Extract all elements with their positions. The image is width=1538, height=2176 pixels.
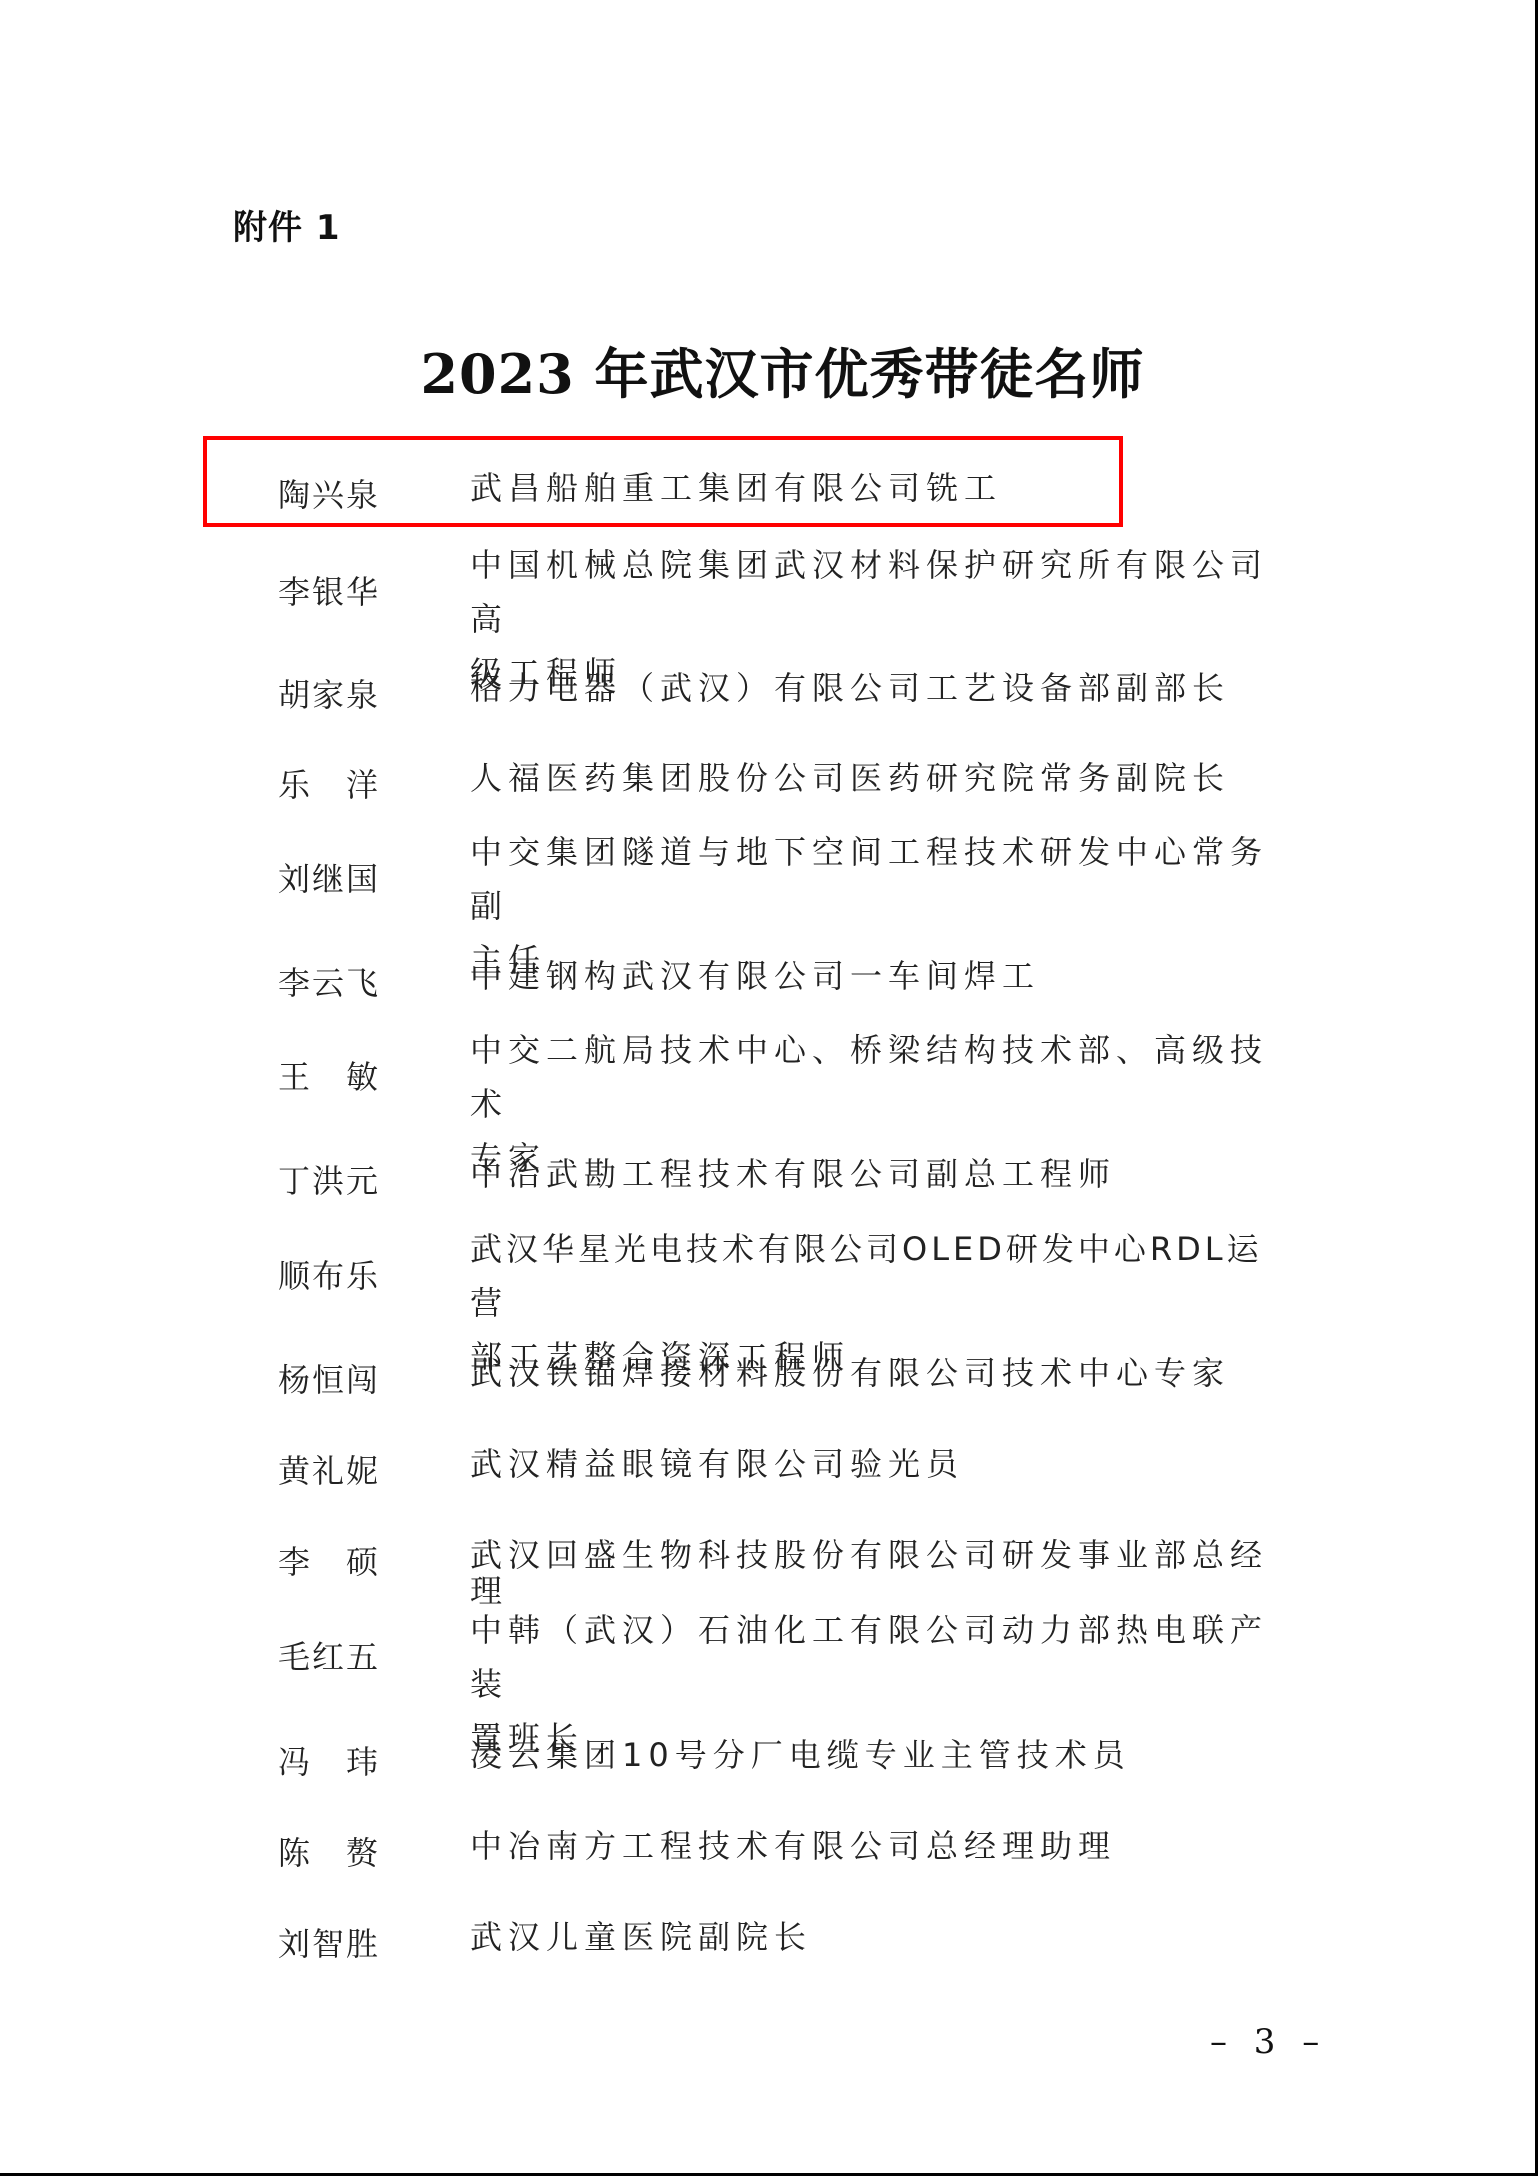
entry-name: 冯 玮 xyxy=(278,1737,388,1783)
entry-description: 中建钢构武汉有限公司一车间焊工 xyxy=(470,958,1270,994)
entry-description: 中冶武勘工程技术有限公司副总工程师 xyxy=(470,1156,1270,1192)
entry-description: 武汉回盛生物科技股份有限公司研发事业部总经理 xyxy=(470,1537,1270,1609)
entry-line: 中交集团隧道与地下空间工程技术研发中心常务副 xyxy=(470,825,1270,933)
entry-description: 武昌船舶重工集团有限公司铣工 xyxy=(470,470,1270,506)
entry-line: 武汉铁锚焊接材料股份有限公司技术中心专家 xyxy=(470,1355,1270,1391)
entry-description: 武汉铁锚焊接材料股份有限公司技术中心专家 xyxy=(470,1355,1270,1391)
entry-description: 人福医药集团股份公司医药研究院常务副院长 xyxy=(470,760,1270,796)
entry-line: 武汉华星光电技术有限公司OLED研发中心RDL运营 xyxy=(470,1222,1270,1330)
entry-line: 武汉儿童医院副院长 xyxy=(470,1919,1270,1955)
page-number: – 3 – xyxy=(1210,2022,1327,2062)
entry-description: 武汉精益眼镜有限公司验光员 xyxy=(470,1446,1270,1482)
entry-name: 李银华 xyxy=(278,567,388,613)
entry-description: 中冶南方工程技术有限公司总经理助理 xyxy=(470,1828,1270,1864)
attachment-label: 附件 1 xyxy=(233,200,341,249)
entry-name: 刘智胜 xyxy=(278,1919,388,1965)
entry-name: 刘继国 xyxy=(278,854,388,900)
entry-line: 武汉回盛生物科技股份有限公司研发事业部总经理 xyxy=(470,1537,1270,1609)
entry-name: 乐 洋 xyxy=(278,760,388,806)
entry-name: 李云飞 xyxy=(278,958,388,1004)
entry-name: 陶兴泉 xyxy=(278,470,388,516)
entry-line: 中建钢构武汉有限公司一车间焊工 xyxy=(470,958,1270,994)
entry-line: 武昌船舶重工集团有限公司铣工 xyxy=(470,470,1270,506)
entry-name: 丁洪元 xyxy=(278,1156,388,1202)
entry-line: 中冶武勘工程技术有限公司副总工程师 xyxy=(470,1156,1270,1192)
document-page: 附件 1 2023 年武汉市优秀带徒名师 陶兴泉 武昌船舶重工集团有限公司铣工 … xyxy=(0,0,1538,2176)
entry-line: 中韩（武汉）石油化工有限公司动力部热电联产装 xyxy=(470,1603,1270,1711)
entry-name: 黄礼妮 xyxy=(278,1446,388,1492)
entry-name: 李 硕 xyxy=(278,1537,388,1583)
entry-name: 顺布乐 xyxy=(278,1251,388,1297)
entry-line: 格力电器（武汉）有限公司工艺设备部副部长 xyxy=(470,670,1270,706)
entry-line: 中交二航局技术中心、桥梁结构技术部、高级技术 xyxy=(470,1023,1270,1131)
entry-line: 中冶南方工程技术有限公司总经理助理 xyxy=(470,1828,1270,1864)
entry-line: 凌云集团10号分厂电缆专业主管技术员 xyxy=(470,1737,1270,1773)
entry-name: 杨恒闯 xyxy=(278,1355,388,1401)
entry-name: 毛红五 xyxy=(278,1632,388,1678)
entry-line: 人福医药集团股份公司医药研究院常务副院长 xyxy=(470,760,1270,796)
page-title: 2023 年武汉市优秀带徒名师 xyxy=(0,332,1535,409)
entry-description: 凌云集团10号分厂电缆专业主管技术员 xyxy=(470,1737,1270,1773)
entry-name: 王 敏 xyxy=(278,1052,388,1098)
entry-name: 陈 赘 xyxy=(278,1828,388,1874)
entry-line: 中国机械总院集团武汉材料保护研究所有限公司高 xyxy=(470,538,1270,646)
entry-description: 格力电器（武汉）有限公司工艺设备部副部长 xyxy=(470,670,1270,706)
entry-line: 武汉精益眼镜有限公司验光员 xyxy=(470,1446,1270,1482)
entry-name: 胡家泉 xyxy=(278,670,388,716)
entry-description: 武汉儿童医院副院长 xyxy=(470,1919,1270,1955)
